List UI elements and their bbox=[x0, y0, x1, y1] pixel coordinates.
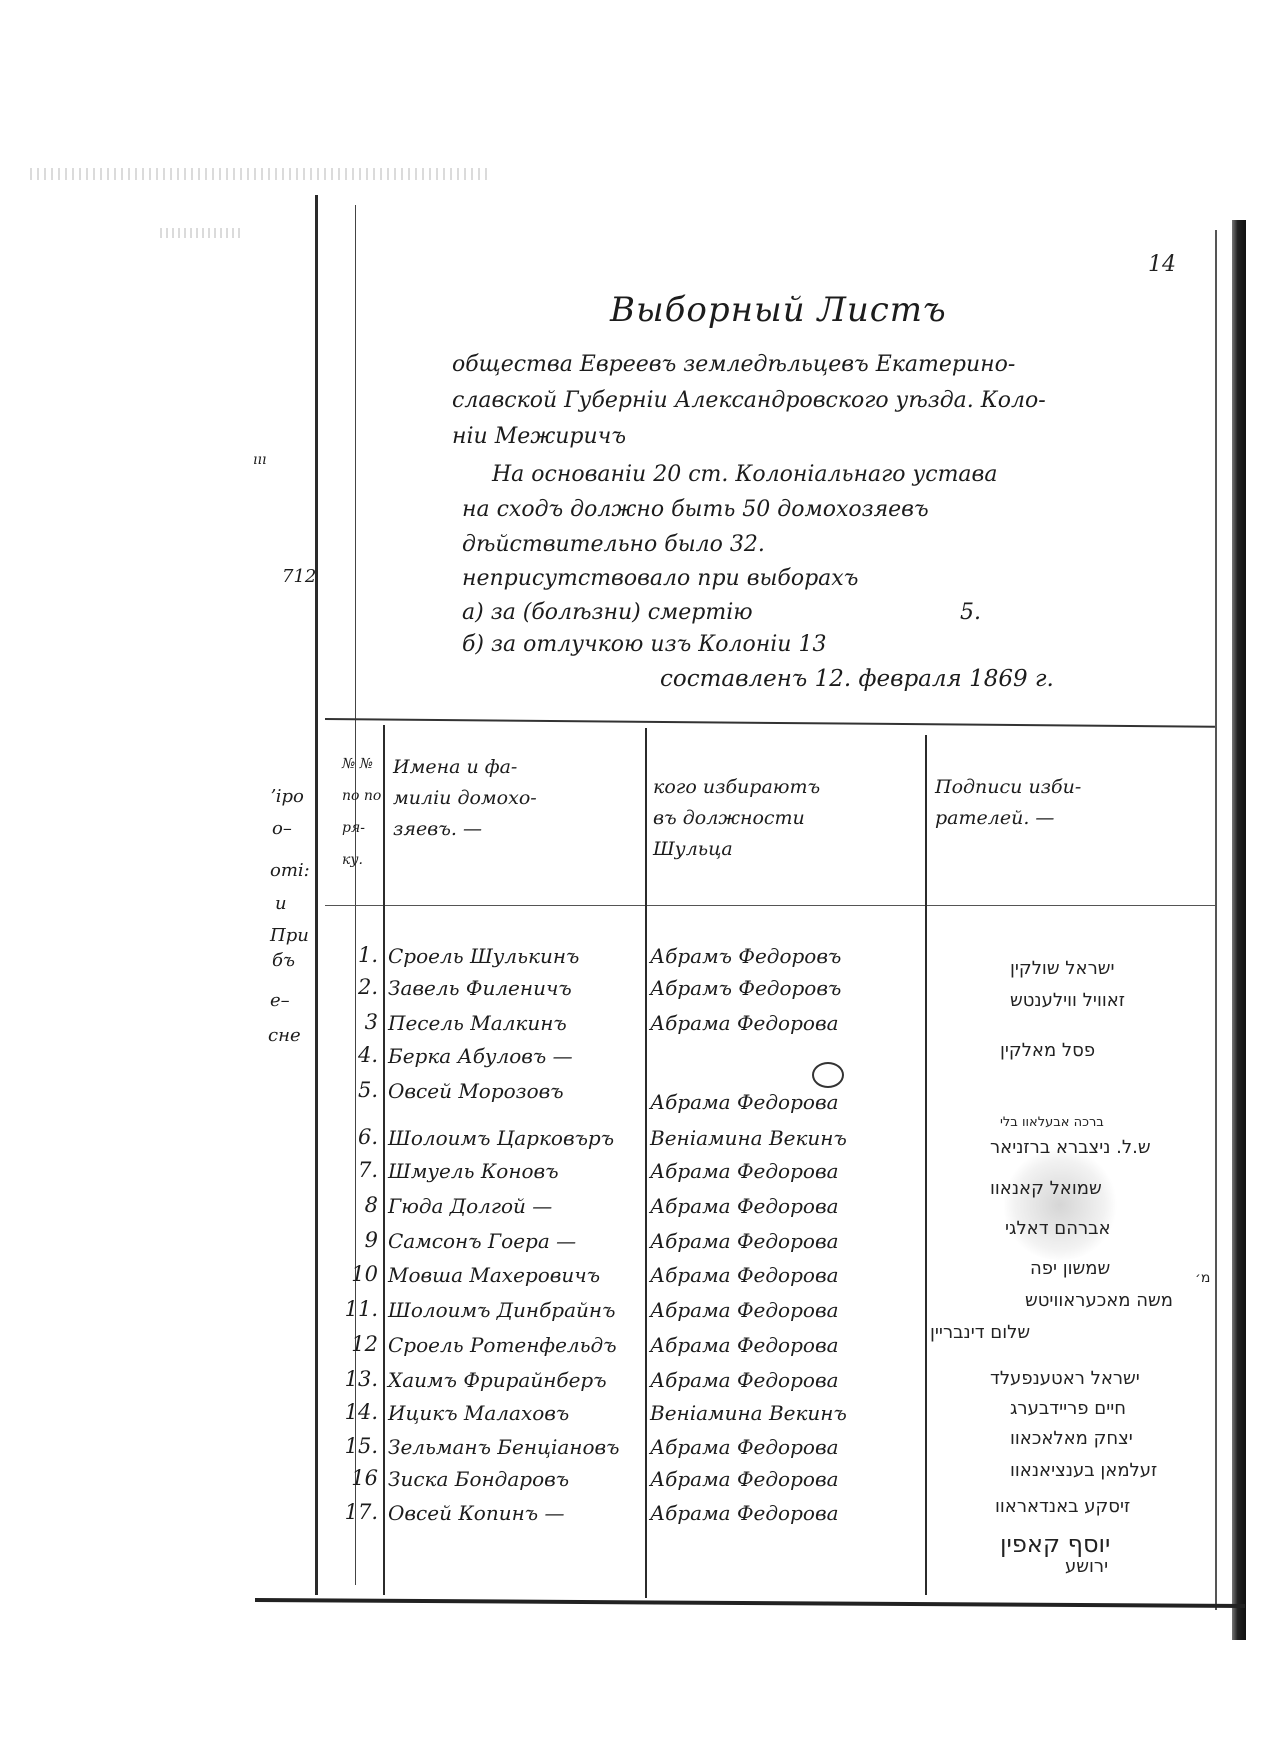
row-number: 14. bbox=[338, 1400, 378, 1424]
header-signatures-line: Подписи изби- bbox=[935, 772, 1081, 803]
elected-candidate: Абрама Федорова bbox=[650, 1333, 839, 1357]
voter-signature: אברהם דאלגי bbox=[1005, 1218, 1111, 1239]
scan-noise-strip bbox=[160, 228, 240, 238]
margin-fragment: сне bbox=[268, 1025, 301, 1046]
header-number-line: ря- bbox=[342, 812, 381, 844]
row-number: 1. bbox=[338, 943, 378, 967]
voter-signature: זאוויל ווילענטש bbox=[1010, 990, 1125, 1011]
voter-signature: זיסקע באנדאראוו bbox=[995, 1496, 1130, 1517]
body-line: неприсутствовало при выборахъ bbox=[462, 566, 858, 591]
document-title: Выборный Листъ bbox=[610, 290, 947, 330]
householder-name: Шолоимъ Царковъръ bbox=[388, 1126, 614, 1150]
voter-signature: ירושע bbox=[1065, 1556, 1108, 1577]
elected-candidate: Абрама Федорова bbox=[650, 1194, 839, 1218]
elected-candidate: Абрама Федорова bbox=[650, 1090, 839, 1114]
voter-signature: ברכה אבעלאוו בלי bbox=[1000, 1115, 1104, 1130]
margin-archive-number: 712 bbox=[282, 566, 316, 587]
margin-fragment: о– bbox=[272, 818, 292, 839]
heading-line: славской Губерніи Александровского уѣзда… bbox=[452, 388, 1046, 413]
row-number: 15. bbox=[338, 1434, 378, 1458]
ink-stain bbox=[1000, 1150, 1120, 1260]
margin-fragment: е– bbox=[270, 990, 290, 1011]
scan-noise-strip bbox=[30, 168, 490, 180]
row-number: 13. bbox=[338, 1367, 378, 1391]
header-names-line: миліи домохо- bbox=[393, 783, 537, 814]
page-number: 14 bbox=[1148, 252, 1176, 277]
householder-name: Шолоимъ Динбрайнъ bbox=[388, 1298, 615, 1322]
header-names-line: Имена и фа- bbox=[393, 752, 537, 783]
body-line: дѣйствительно было 32. bbox=[462, 532, 765, 557]
header-elected: кого избираютъ въ должности Шульца bbox=[653, 772, 820, 865]
heading-line: ніи Межиричъ bbox=[452, 424, 626, 449]
row-number: 5. bbox=[338, 1078, 378, 1102]
householder-name: Гюда Долгой — bbox=[388, 1194, 552, 1218]
elected-candidate: Абрама Федорова bbox=[650, 1501, 839, 1525]
row-number: 12 bbox=[338, 1332, 378, 1356]
elected-candidate: Абрама Федорова bbox=[650, 1263, 839, 1287]
margin-fragment: ʼіро bbox=[270, 786, 304, 807]
householder-name: Мовша Махеровичъ bbox=[388, 1263, 600, 1287]
row-number: 6. bbox=[338, 1125, 378, 1149]
book-binding-edge bbox=[1232, 220, 1246, 1640]
elected-candidate: Абрамъ Федоровъ bbox=[650, 976, 841, 1000]
householder-name: Зиска Бондаровъ bbox=[388, 1467, 569, 1491]
voter-signature: יצחק מאלאכאוו bbox=[1010, 1428, 1133, 1449]
householder-name: Сроель Ротенфельдъ bbox=[388, 1333, 617, 1357]
voter-signature: שמואל קאנאוו bbox=[990, 1178, 1102, 1199]
row-number: 10 bbox=[338, 1262, 378, 1286]
page-right-border bbox=[1215, 230, 1217, 1610]
householder-name: Ицикъ Малаховъ bbox=[388, 1401, 569, 1425]
page-left-border bbox=[315, 195, 318, 1595]
column-divider bbox=[925, 735, 927, 1595]
heading-line: общества Евреевъ земледѣльцевъ Екатерино… bbox=[452, 352, 1015, 377]
body-line: а) за (болѣзни) смертію bbox=[462, 600, 753, 625]
header-elected-line: Шульца bbox=[653, 834, 820, 865]
householder-name: Зельманъ Бенціановъ bbox=[388, 1435, 619, 1459]
body-line: б) за отлучкою изъ Колоніи 13 bbox=[462, 632, 826, 657]
row-number: 2. bbox=[338, 975, 378, 999]
header-elected-line: кого избираютъ bbox=[653, 772, 820, 803]
voter-signature: שלום דינבריין bbox=[930, 1322, 1030, 1343]
voter-signature: משה מאכעראוויטש bbox=[1025, 1290, 1173, 1311]
signature-margin-note: מ׳ bbox=[1195, 1270, 1210, 1286]
voter-signature: שמשון יפה bbox=[1030, 1258, 1110, 1279]
voter-signature: זעלמאן בענציאנאוו bbox=[1010, 1460, 1157, 1481]
voter-signature: פסל מאלקין bbox=[1000, 1040, 1095, 1061]
householder-name: Сроель Шулькинъ bbox=[388, 944, 579, 968]
elected-candidate: Абрама Федорова bbox=[650, 1368, 839, 1392]
row-number: 11. bbox=[338, 1297, 378, 1321]
row-number: 3 bbox=[338, 1010, 378, 1034]
absent-illness-count: 5. bbox=[960, 600, 981, 625]
row-number: 9 bbox=[338, 1228, 378, 1252]
elected-candidate: Веніамина Векинъ bbox=[650, 1126, 847, 1150]
householder-name: Шмуель Коновъ bbox=[388, 1159, 559, 1183]
elected-candidate: Абрама Федорова bbox=[650, 1159, 839, 1183]
row-number: 16 bbox=[338, 1466, 378, 1490]
householder-name: Берка Абуловъ — bbox=[388, 1044, 573, 1068]
body-line: На основаніи 20 ст. Колоніальнаго устава bbox=[492, 462, 997, 487]
elected-candidate: Абрама Федорова bbox=[650, 1467, 839, 1491]
header-number-line: ку. bbox=[342, 844, 381, 876]
header-signatures: Подписи изби- рателей. — bbox=[935, 772, 1081, 834]
row-number: 4. bbox=[338, 1043, 378, 1067]
elected-candidate: Абрама Федорова bbox=[650, 1298, 839, 1322]
voter-signature: יוסף קאפין bbox=[1000, 1530, 1110, 1558]
header-signatures-line: рателей. — bbox=[935, 803, 1081, 834]
header-number-line: № № bbox=[342, 748, 381, 780]
margin-fragment: бъ bbox=[272, 950, 295, 971]
elected-candidate: Абрамъ Федоровъ bbox=[650, 944, 841, 968]
header-number-line: по по bbox=[342, 780, 381, 812]
householder-name: Самсонъ Гоера — bbox=[388, 1229, 576, 1253]
householder-name: Овсей Копинъ — bbox=[388, 1501, 564, 1525]
column-divider bbox=[383, 725, 385, 1595]
header-names-line: зяевъ. — bbox=[393, 814, 537, 845]
ink-loop-mark bbox=[812, 1062, 844, 1088]
header-number: № № по по ря- ку. bbox=[342, 748, 381, 876]
elected-candidate: Абрама Федорова bbox=[650, 1229, 839, 1253]
householder-name: Овсей Морозовъ bbox=[388, 1079, 564, 1103]
voter-signature: חיים פריידבערג bbox=[1010, 1398, 1126, 1419]
elected-candidate: Абрама Федорова bbox=[650, 1011, 839, 1035]
margin-fragment: При bbox=[270, 925, 309, 946]
column-divider bbox=[645, 728, 647, 1598]
header-elected-line: въ должности bbox=[653, 803, 820, 834]
householder-name: Песель Малкинъ bbox=[388, 1011, 567, 1035]
voter-signature: ישראל שולקין bbox=[1010, 958, 1115, 979]
elected-candidate: Веніамина Векинъ bbox=[650, 1401, 847, 1425]
body-line: на сходъ должно быть 50 домохозяевъ bbox=[462, 497, 929, 522]
row-number: 7. bbox=[338, 1158, 378, 1182]
compiled-date-line: составленъ 12. февраля 1869 г. bbox=[660, 666, 1054, 692]
table-header-divider bbox=[325, 905, 1215, 906]
margin-mark: ııı bbox=[253, 452, 266, 468]
voter-signature: ש.ל. ניצברא ברזניאר bbox=[990, 1137, 1151, 1158]
row-number: 8 bbox=[338, 1193, 378, 1217]
elected-candidate: Абрама Федорова bbox=[650, 1435, 839, 1459]
header-names: Имена и фа- миліи домохо- зяевъ. — bbox=[393, 752, 537, 845]
voter-signature: ישראל ראטענפעלד bbox=[990, 1368, 1140, 1389]
householder-name: Хаимъ Фрирайнберъ bbox=[388, 1368, 607, 1392]
householder-name: Завель Филеничъ bbox=[388, 976, 572, 1000]
margin-fragment: оті: bbox=[270, 860, 310, 881]
margin-fragment: и bbox=[275, 893, 287, 914]
row-number: 17. bbox=[338, 1500, 378, 1524]
